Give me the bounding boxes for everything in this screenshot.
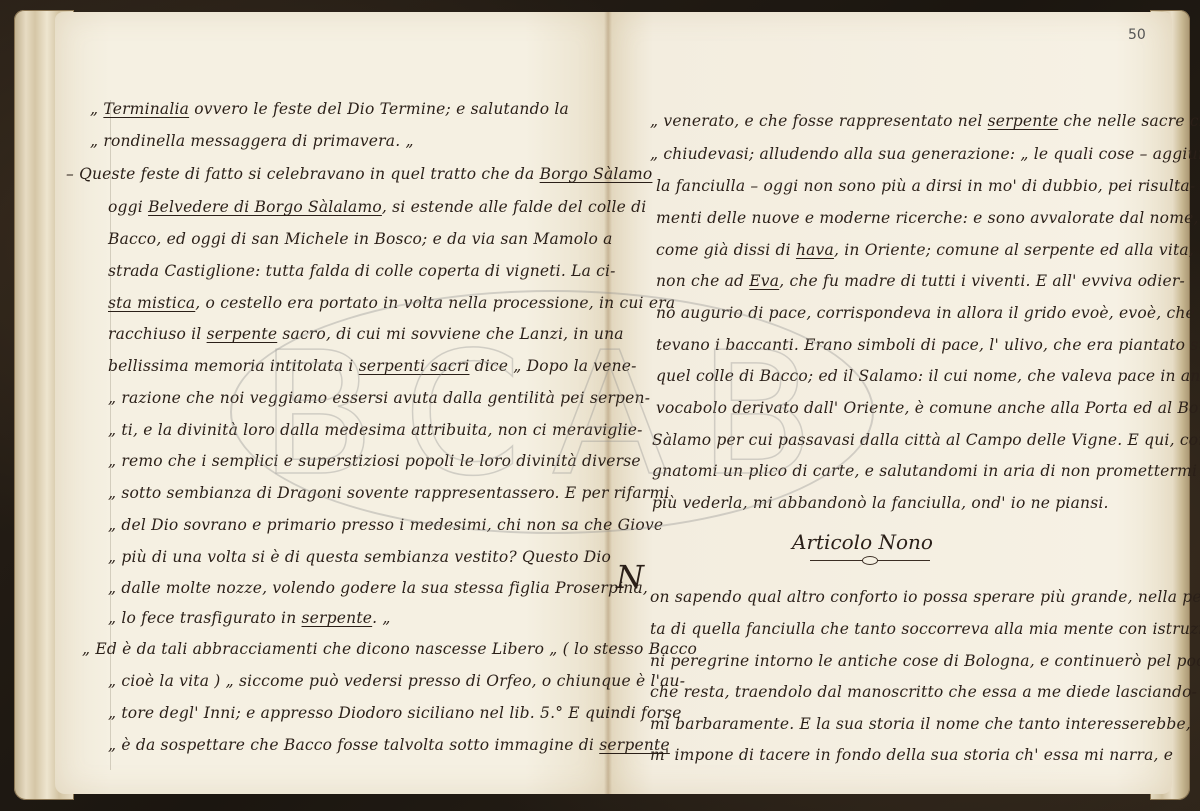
right-line: „ chiudevasi; alludendo alla sua generaz… xyxy=(650,145,1200,163)
heading-ornament-knot-icon xyxy=(862,556,878,565)
right-line: menti delle nuove e moderne ricerche: e … xyxy=(656,209,1199,227)
right-line: tevano i baccanti. Erano simboli di pace… xyxy=(656,336,1200,354)
right-line: „ venerato, e che fosse rappresentato ne… xyxy=(650,112,1200,130)
right-line: quel colle di Bacco; ed il Salamo: il cu… xyxy=(656,367,1200,385)
right-line: on sapendo qual altro conforto io possa … xyxy=(650,588,1200,606)
left-line: „ dalle molte nozze, volendo godere la s… xyxy=(108,579,648,597)
page-number: 50 xyxy=(1128,27,1146,43)
right-line: più vederla, mi abbandonò la fanciulla, … xyxy=(652,494,1109,512)
right-line: vocabolo derivato dall' Oriente, è comun… xyxy=(656,399,1200,417)
left-line: oggi Belvedere di Borgo Sàlalamo, si est… xyxy=(108,198,646,216)
left-line: „ Terminalia ovvero le feste del Dio Ter… xyxy=(90,100,569,118)
right-line: ni peregrine intorno le antiche cose di … xyxy=(650,652,1200,670)
left-line: „ cioè la vita ) „ siccome può vedersi p… xyxy=(108,672,685,690)
left-line: racchiuso il serpente sacro, di cui mi s… xyxy=(108,325,624,343)
left-line: bellissima memoria intitolata i serpenti… xyxy=(108,357,637,375)
left-line: „ è da sospettare che Bacco fosse talvol… xyxy=(108,736,670,754)
left-line: „ lo fece trasfigurato in serpente. „ xyxy=(108,609,391,627)
left-line: „ remo che i semplici e superstiziosi po… xyxy=(108,452,641,470)
drop-cap: N xyxy=(616,558,644,596)
underlined-term: Eva xyxy=(749,272,779,290)
right-line: mi barbaramente. E la sua storia il nome… xyxy=(650,715,1191,733)
right-line: la fanciulla – oggi non sono più a dirsi… xyxy=(656,177,1195,195)
right-line: Sàlamo per cui passavasi dalla città al … xyxy=(652,431,1200,449)
left-line: „ ti, e la divinità loro dalla medesima … xyxy=(108,421,643,439)
right-line: gnatomi un plico di carte, e salutandomi… xyxy=(652,462,1200,480)
right-line: no augurio di pace, corrispondeva in all… xyxy=(656,304,1200,322)
underlined-term: sta mistica xyxy=(108,294,195,312)
underlined-term: Terminalia xyxy=(103,100,189,118)
left-line: „ sotto sembianza di Dragoni sovente rap… xyxy=(108,484,670,502)
left-line: „ razione che noi veggiamo essersi avuta… xyxy=(108,389,650,407)
underlined-term: serpente xyxy=(302,609,373,627)
underlined-term: Belvedere di Borgo Sàlalamo xyxy=(148,198,382,216)
left-line: „ rondinella messaggera di primavera. „ xyxy=(90,132,414,150)
left-line: „ del Dio sovrano e primario presso i me… xyxy=(108,516,663,534)
underlined-term: hava xyxy=(796,241,834,259)
underlined-term: serpenti sacri xyxy=(359,357,470,375)
right-line: ta di quella fanciulla che tanto soccorr… xyxy=(650,620,1200,638)
article-heading: Articolo Nono xyxy=(792,530,933,554)
left-line: „ tore degl' Inni; e appresso Diodoro si… xyxy=(108,704,682,722)
underlined-term: Borgo Sàlamo xyxy=(540,165,653,183)
left-line: strada Castiglione: tutta falda di colle… xyxy=(108,262,616,280)
underlined-term: serpente xyxy=(207,325,278,343)
underlined-term: serpente xyxy=(988,112,1059,130)
left-line: Bacco, ed oggi di san Michele in Bosco; … xyxy=(108,230,613,248)
right-line: m' impone di tacere in fondo della sua s… xyxy=(650,746,1173,764)
left-line: „ Ed è da tali abbracciamenti che dicono… xyxy=(82,640,697,658)
right-line: non che ad Eva, che fu madre di tutti i … xyxy=(656,272,1185,290)
left-line: – Queste feste di fatto si celebravano i… xyxy=(66,165,652,183)
right-line: come già dissi di hava, in Oriente; comu… xyxy=(656,241,1194,259)
left-line: „ più di una volta si è di questa sembia… xyxy=(108,548,611,566)
right-line: che resta, traendolo dal manoscritto che… xyxy=(650,683,1197,701)
left-line: sta mistica, o cestello era portato in v… xyxy=(108,294,675,312)
